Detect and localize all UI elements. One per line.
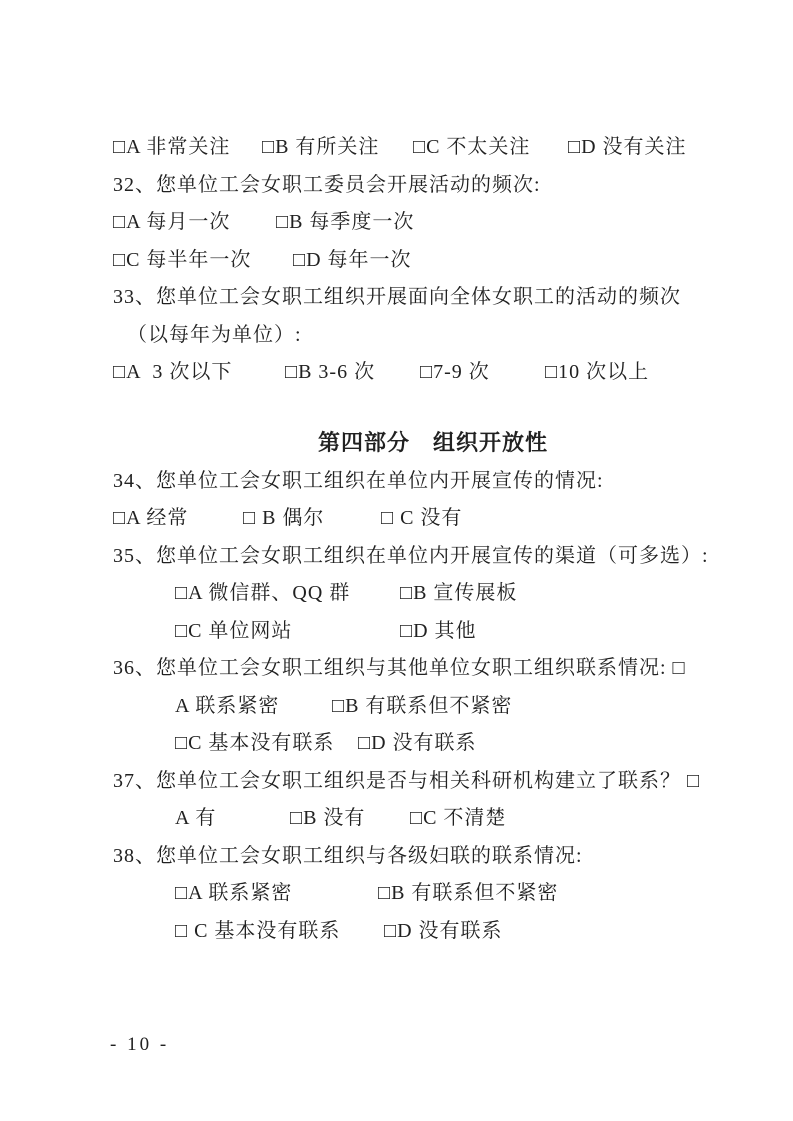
- option-33-a: □A 3 次以下: [113, 354, 285, 392]
- option-38-d: □D 没有联系: [384, 913, 753, 951]
- option-35-b: □B 宣传展板: [400, 575, 753, 613]
- option-38-a: □A 联系紧密: [175, 875, 378, 913]
- question-33-title: 33、您单位工会女职工组织开展面向全体女职工的活动的频次: [113, 279, 753, 317]
- option-32-c: □C 每半年一次: [113, 242, 293, 280]
- page-number: - 10 -: [110, 1026, 169, 1063]
- question-32-title: 32、您单位工会女职工委员会开展活动的频次:: [113, 167, 753, 205]
- option-32-d: □D 每年一次: [293, 242, 753, 280]
- option-33-d: □10 次以上: [545, 354, 753, 392]
- option-33-b: □B 3-6 次: [285, 354, 420, 392]
- section-4-heading: 第四部分 组织开放性: [113, 423, 753, 463]
- option-36-b: □B 有联系但不紧密: [332, 688, 753, 726]
- option-36-d: □D 没有联系: [358, 725, 753, 763]
- questionnaire-content: □A 非常关注 □B 有所关注 □C 不太关注 □D 没有关注 32、您单位工会…: [113, 129, 753, 950]
- question-32-options-row-1: □A 每月一次 □B 每季度一次: [113, 204, 753, 242]
- option-32-a: □A 每月一次: [113, 204, 276, 242]
- question-38-options-row-2: □ C 基本没有联系 □D 没有联系: [113, 913, 753, 951]
- option-38-b: □B 有联系但不紧密: [378, 875, 753, 913]
- option-37-c: □C 不清楚: [410, 800, 753, 838]
- question-32-options-row-2: □C 每半年一次 □D 每年一次: [113, 242, 753, 280]
- option-35-c: □C 单位网站: [175, 613, 400, 651]
- option-35-a: □A 微信群、QQ 群: [175, 575, 400, 613]
- option-34-b: □ B 偶尔: [243, 500, 381, 538]
- option-36-c: □C 基本没有联系: [175, 725, 358, 763]
- question-38-options-row-1: □A 联系紧密 □B 有联系但不紧密: [113, 875, 753, 913]
- question-36-options-row-2: □C 基本没有联系 □D 没有联系: [113, 725, 753, 763]
- option-35-d: □D 其他: [400, 613, 753, 651]
- option-34-c: □ C 没有: [381, 500, 753, 538]
- option-33-c: □7-9 次: [420, 354, 545, 392]
- question-34-title: 34、您单位工会女职工组织在单位内开展宣传的情况:: [113, 463, 753, 501]
- option-36-a: A 联系紧密: [175, 688, 332, 726]
- option-37-b: □B 没有: [290, 800, 410, 838]
- question-34-options-row: □A 经常 □ B 偶尔 □ C 没有: [113, 500, 753, 538]
- question-33-options-row: □A 3 次以下 □B 3-6 次 □7-9 次 □10 次以上: [113, 354, 753, 392]
- option-32-b: □B 每季度一次: [276, 204, 753, 242]
- document-page: □A 非常关注 □B 有所关注 □C 不太关注 □D 没有关注 32、您单位工会…: [0, 0, 793, 1121]
- question-35-options-row-2: □C 单位网站 □D 其他: [113, 613, 753, 651]
- option-38-c: □ C 基本没有联系: [175, 913, 384, 951]
- question-36-options-row-1: A 联系紧密 □B 有联系但不紧密: [113, 688, 753, 726]
- question-35-options-row-1: □A 微信群、QQ 群 □B 宣传展板: [113, 575, 753, 613]
- option-37-a: A 有: [175, 800, 290, 838]
- option-31-a: □A 非常关注: [113, 129, 262, 167]
- option-31-d: □D 没有关注: [568, 129, 753, 167]
- question-38-title: 38、您单位工会女职工组织与各级妇联的联系情况:: [113, 838, 753, 876]
- question-37-title: 37、您单位工会女职工组织是否与相关科研机构建立了联系？ □: [113, 763, 753, 801]
- question-36-title: 36、您单位工会女职工组织与其他单位女职工组织联系情况: □: [113, 650, 753, 688]
- option-34-a: □A 经常: [113, 500, 243, 538]
- question-37-options-row: A 有 □B 没有 □C 不清楚: [113, 800, 753, 838]
- question-33-subtitle: （以每年为单位）:: [113, 317, 753, 355]
- question-35-title: 35、您单位工会女职工组织在单位内开展宣传的渠道（可多选）:: [113, 538, 753, 576]
- question-31-options-row: □A 非常关注 □B 有所关注 □C 不太关注 □D 没有关注: [113, 129, 753, 167]
- option-31-c: □C 不太关注: [413, 129, 568, 167]
- option-31-b: □B 有所关注: [262, 129, 413, 167]
